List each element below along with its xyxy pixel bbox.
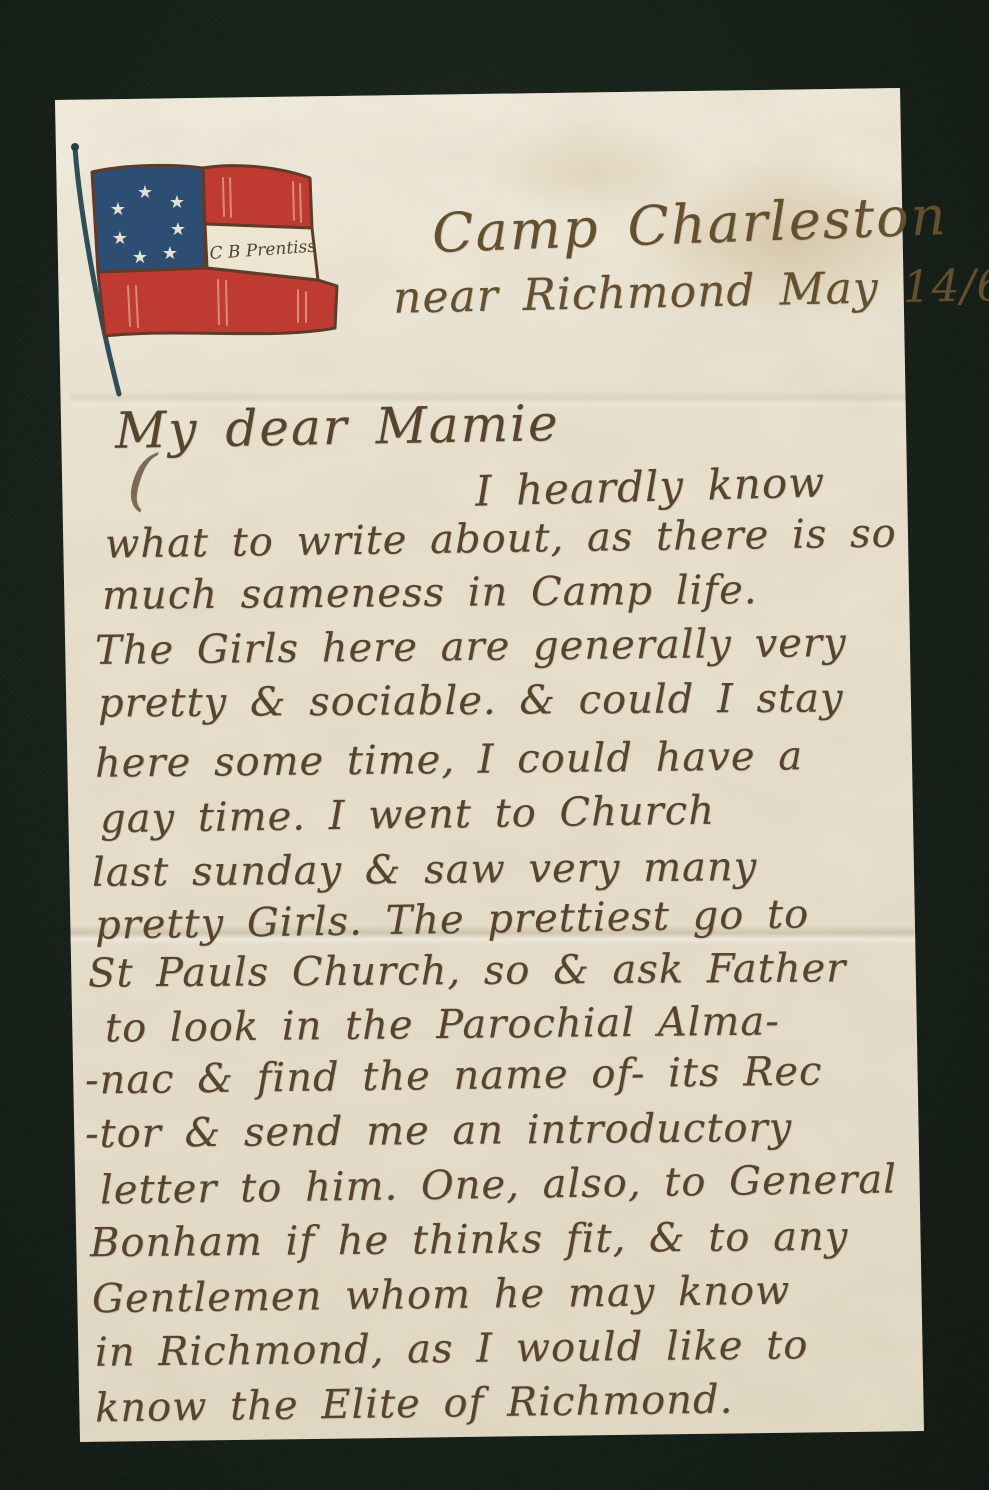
letter-line: I heardly know [474, 457, 825, 515]
svg-text:★: ★ [170, 219, 186, 240]
svg-text:★: ★ [137, 182, 153, 203]
letter-line: here some time, I could have a [95, 733, 804, 786]
photo-background: ★★★ ★★★ ★ C B Prentiss Camp Charleston n… [0, 0, 989, 1490]
flag-top-red-bar [203, 166, 312, 228]
svg-text:★: ★ [169, 192, 185, 213]
salutation: My dear Mamie [115, 394, 560, 460]
svg-text:★: ★ [110, 199, 126, 220]
letter-line: Bonham if he thinks fit, & to any [90, 1214, 849, 1267]
letter-line: The Girls here are generally very [95, 620, 847, 674]
svg-text:★: ★ [112, 228, 128, 249]
svg-text:★: ★ [132, 247, 148, 268]
letter-line: much sameness in Camp life. [102, 567, 758, 619]
letter-line: -tor & send me an introductory [85, 1105, 793, 1157]
letter-line: St Pauls Church, so & ask Father [88, 945, 847, 996]
letter-line: know the Elite of Richmond. [95, 1377, 734, 1432]
letter-line: in Richmond, as I would like to [95, 1322, 809, 1375]
confederate-flag-illustration: ★★★ ★★★ ★ C B Prentiss [58, 138, 388, 398]
letter-line: Gentlemen whom he may know [92, 1268, 791, 1323]
letter-line: gay time. I went to Church [100, 788, 716, 843]
letter-line: pretty & sociable. & could I stay [98, 675, 844, 726]
letter-line: last sunday & saw very many [92, 844, 758, 896]
letter-line: -nac & find the name of- its Rec [85, 1048, 823, 1103]
letter-line: to look in the Parochial Alma- [105, 998, 780, 1051]
svg-text:★: ★ [162, 243, 178, 264]
